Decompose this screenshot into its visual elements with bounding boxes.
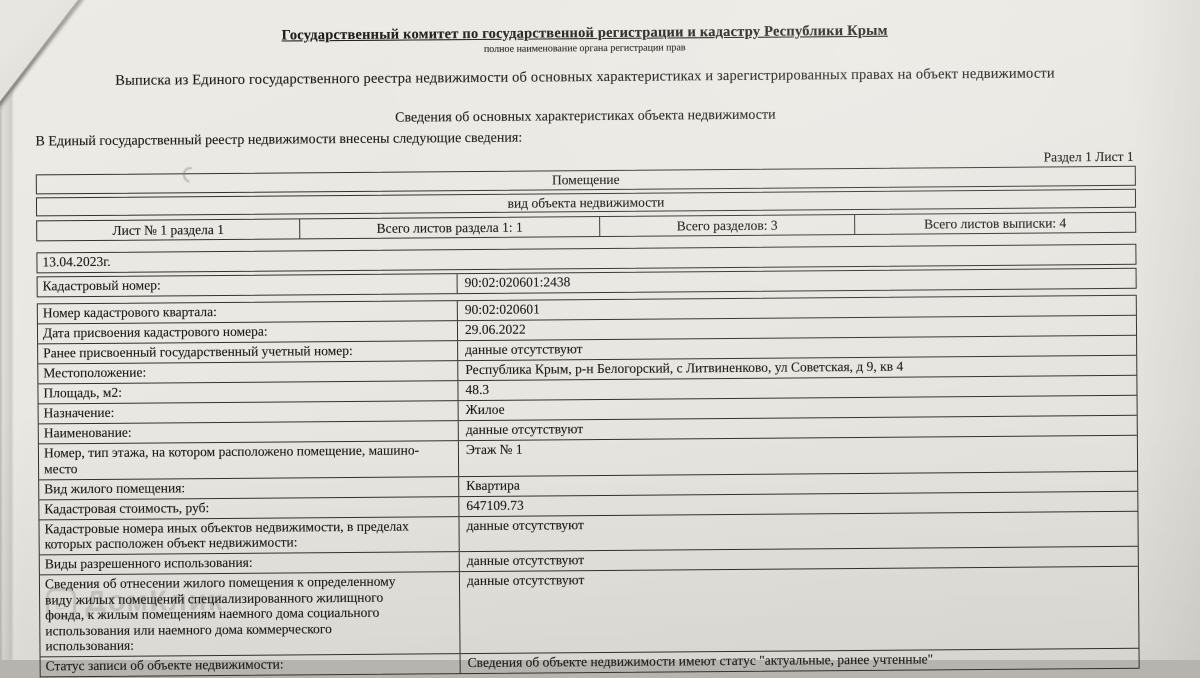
attribute-label: Наименование:	[39, 421, 458, 443]
attribute-value: данные отсутствуют	[459, 567, 1139, 653]
document-title: Выписка из Единого государственного реес…	[35, 64, 1135, 91]
attribute-label: Дата присвоения кадастрового номера:	[38, 321, 457, 343]
sheet-info-cell: Лист № 1 раздела 1	[37, 219, 299, 240]
table-row: Сведения об отнесении жилого помещения к…	[40, 566, 1139, 657]
attribute-value: 90:02:020601:2438	[457, 269, 1136, 293]
table-row: Кадастровый номер: 90:02:020601:2438	[38, 269, 1136, 297]
sheet-info-cell: Всего листов раздела 1: 1	[299, 217, 599, 238]
attributes-box: Номер кадастрового квартала: 90:02:02060…	[37, 295, 1140, 660]
object-type-value: Помещение	[552, 172, 620, 188]
sheet-info-cell: Всего листов выписки: 4	[854, 213, 1135, 234]
registry-table: Помещение вид объекта недвижимости Лист …	[36, 166, 1140, 660]
attribute-label: Вид жилого помещения:	[39, 477, 458, 499]
attribute-label: Кадастровый номер:	[38, 274, 457, 296]
attribute-label: Кадастровая стоимость, руб:	[39, 497, 458, 519]
attribute-label: Номер, тип этажа, на котором расположено…	[39, 441, 458, 479]
attribute-label: Назначение:	[39, 401, 458, 423]
attribute-label: Виды разрешенного использования:	[40, 552, 459, 574]
document-header: Государственный комитет по государственн…	[34, 0, 1135, 173]
document-page: ⌂ ДомКлик Государственный комитет по гос…	[0, 0, 1200, 660]
object-type-caption: вид объекта недвижимости	[508, 194, 665, 210]
attribute-label: Номер кадастрового квартала:	[38, 301, 457, 323]
attribute-label: Кадастровые номера иных объектов недвижи…	[39, 517, 458, 555]
attribute-value: Этаж № 1	[458, 436, 1137, 476]
attribute-label: Местоположение:	[38, 361, 457, 383]
attribute-value: данные отсутствуют	[458, 511, 1137, 551]
cadastral-number-box: Кадастровый номер: 90:02:020601:2438	[37, 268, 1137, 298]
sheet-info-cell: Всего разделов: 3	[599, 215, 854, 236]
attribute-label: Площадь, м2:	[38, 381, 457, 403]
attribute-label: Сведения об отнесении жилого помещения к…	[40, 572, 460, 656]
attribute-label: Ранее присвоенный государственный учетны…	[38, 341, 457, 363]
sheet-info-row: Лист № 1 раздела 1 Всего листов раздела …	[36, 212, 1136, 242]
